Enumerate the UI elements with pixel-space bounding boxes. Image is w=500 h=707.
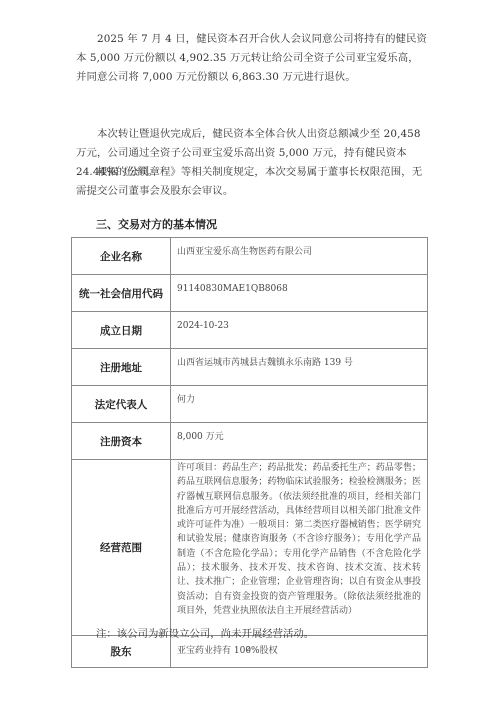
row-label: 法定代表人 [72, 386, 171, 423]
table-row-legal-representative: 法定代表人 何力 [72, 386, 428, 423]
row-label: 成立日期 [72, 312, 171, 349]
paragraph-approval: 根据《公司章程》等相关制度规定，本次交易属于董事长权限范围，无需提交公司董事会及… [76, 163, 428, 201]
row-value: 山西亚宝爱乐高生物医药有限公司 [171, 238, 428, 275]
table-row-company-name: 企业名称 山西亚宝爱乐高生物医药有限公司 [72, 238, 428, 275]
table-row-credit-code: 统一社会信用代码 91140830MAE1QB8068 [72, 275, 428, 312]
section-heading: 三、交易对方的基本情况 [96, 216, 217, 232]
row-value: 亚宝药业持有 100%股权 [171, 636, 428, 668]
row-label: 注册资本 [72, 423, 171, 460]
row-label: 统一社会信用代码 [72, 275, 171, 312]
row-label: 企业名称 [72, 238, 171, 275]
row-value: 91140830MAE1QB8068 [171, 275, 428, 312]
table-note: 注：该公司为新设立公司，尚未开展经营活动。 [96, 625, 314, 640]
row-value: 何力 [171, 386, 428, 423]
page-number: 2 [246, 645, 250, 653]
table-row-business-scope: 经营范围 许可项目：药品生产；药品批发；药品委托生产；药品零售；药品互联网信息服… [72, 460, 428, 636]
row-value: 8,000 万元 [171, 423, 428, 460]
paragraph-transfer: 2025 年 7 月 4 日，健民资本召开合伙人会议同意公司将持有的健民资本 5… [76, 30, 428, 87]
table-row-registered-address: 注册地址 山西省运城市芮城县古魏镇永乐南路 139 号 [72, 349, 428, 386]
row-value: 许可项目：药品生产；药品批发；药品委托生产；药品零售；药品互联网信息服务；药物临… [171, 460, 428, 636]
row-label: 股东 [72, 636, 171, 668]
table-row-established-date: 成立日期 2024-10-23 [72, 312, 428, 349]
table-row-registered-capital: 注册资本 8,000 万元 [72, 423, 428, 460]
row-label: 注册地址 [72, 349, 171, 386]
row-value: 2024-10-23 [171, 312, 428, 349]
row-label: 经营范围 [72, 460, 171, 636]
row-value: 山西省运城市芮城县古魏镇永乐南路 139 号 [171, 349, 428, 386]
counterparty-info-table: 企业名称 山西亚宝爱乐高生物医药有限公司 统一社会信用代码 91140830MA… [71, 237, 428, 668]
